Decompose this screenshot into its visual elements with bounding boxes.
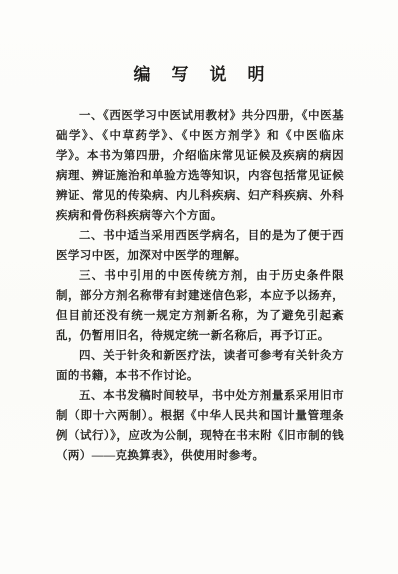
document-body: 一、《西医学习中医试用教材》共分四册，《中医基础学》、《中草药学》、《中医方剂学…	[56, 106, 344, 466]
paragraph-2: 二、书中适当采用西医学病名，目的是为了便于西医学习中医，加深对中医学的理解。	[56, 226, 344, 266]
paragraph-3: 三、书中引用的中医传统方剂，由于历史条件限制，部分方剂名称带有封建迷信色彩，本应…	[56, 266, 344, 346]
paragraph-1: 一、《西医学习中医试用教材》共分四册，《中医基础学》、《中草药学》、《中医方剂学…	[56, 106, 344, 226]
text-block: 编 写 说 明 一、《西医学习中医试用教材》共分四册，《中医基础学》、《中草药学…	[56, 60, 344, 466]
scanned-book-page: 编 写 说 明 一、《西医学习中医试用教材》共分四册，《中医基础学》、《中草药学…	[0, 0, 398, 574]
paragraph-5: 五、本书发稿时间较早，书中处方剂量系采用旧市制（即十六两制）。根据《中华人民共和…	[56, 386, 344, 466]
paragraph-4: 四、关于针灸和新医疗法，读者可参考有关针灸方面的书籍，本书不作讨论。	[56, 346, 344, 386]
page-title: 编 写 说 明	[56, 60, 344, 85]
